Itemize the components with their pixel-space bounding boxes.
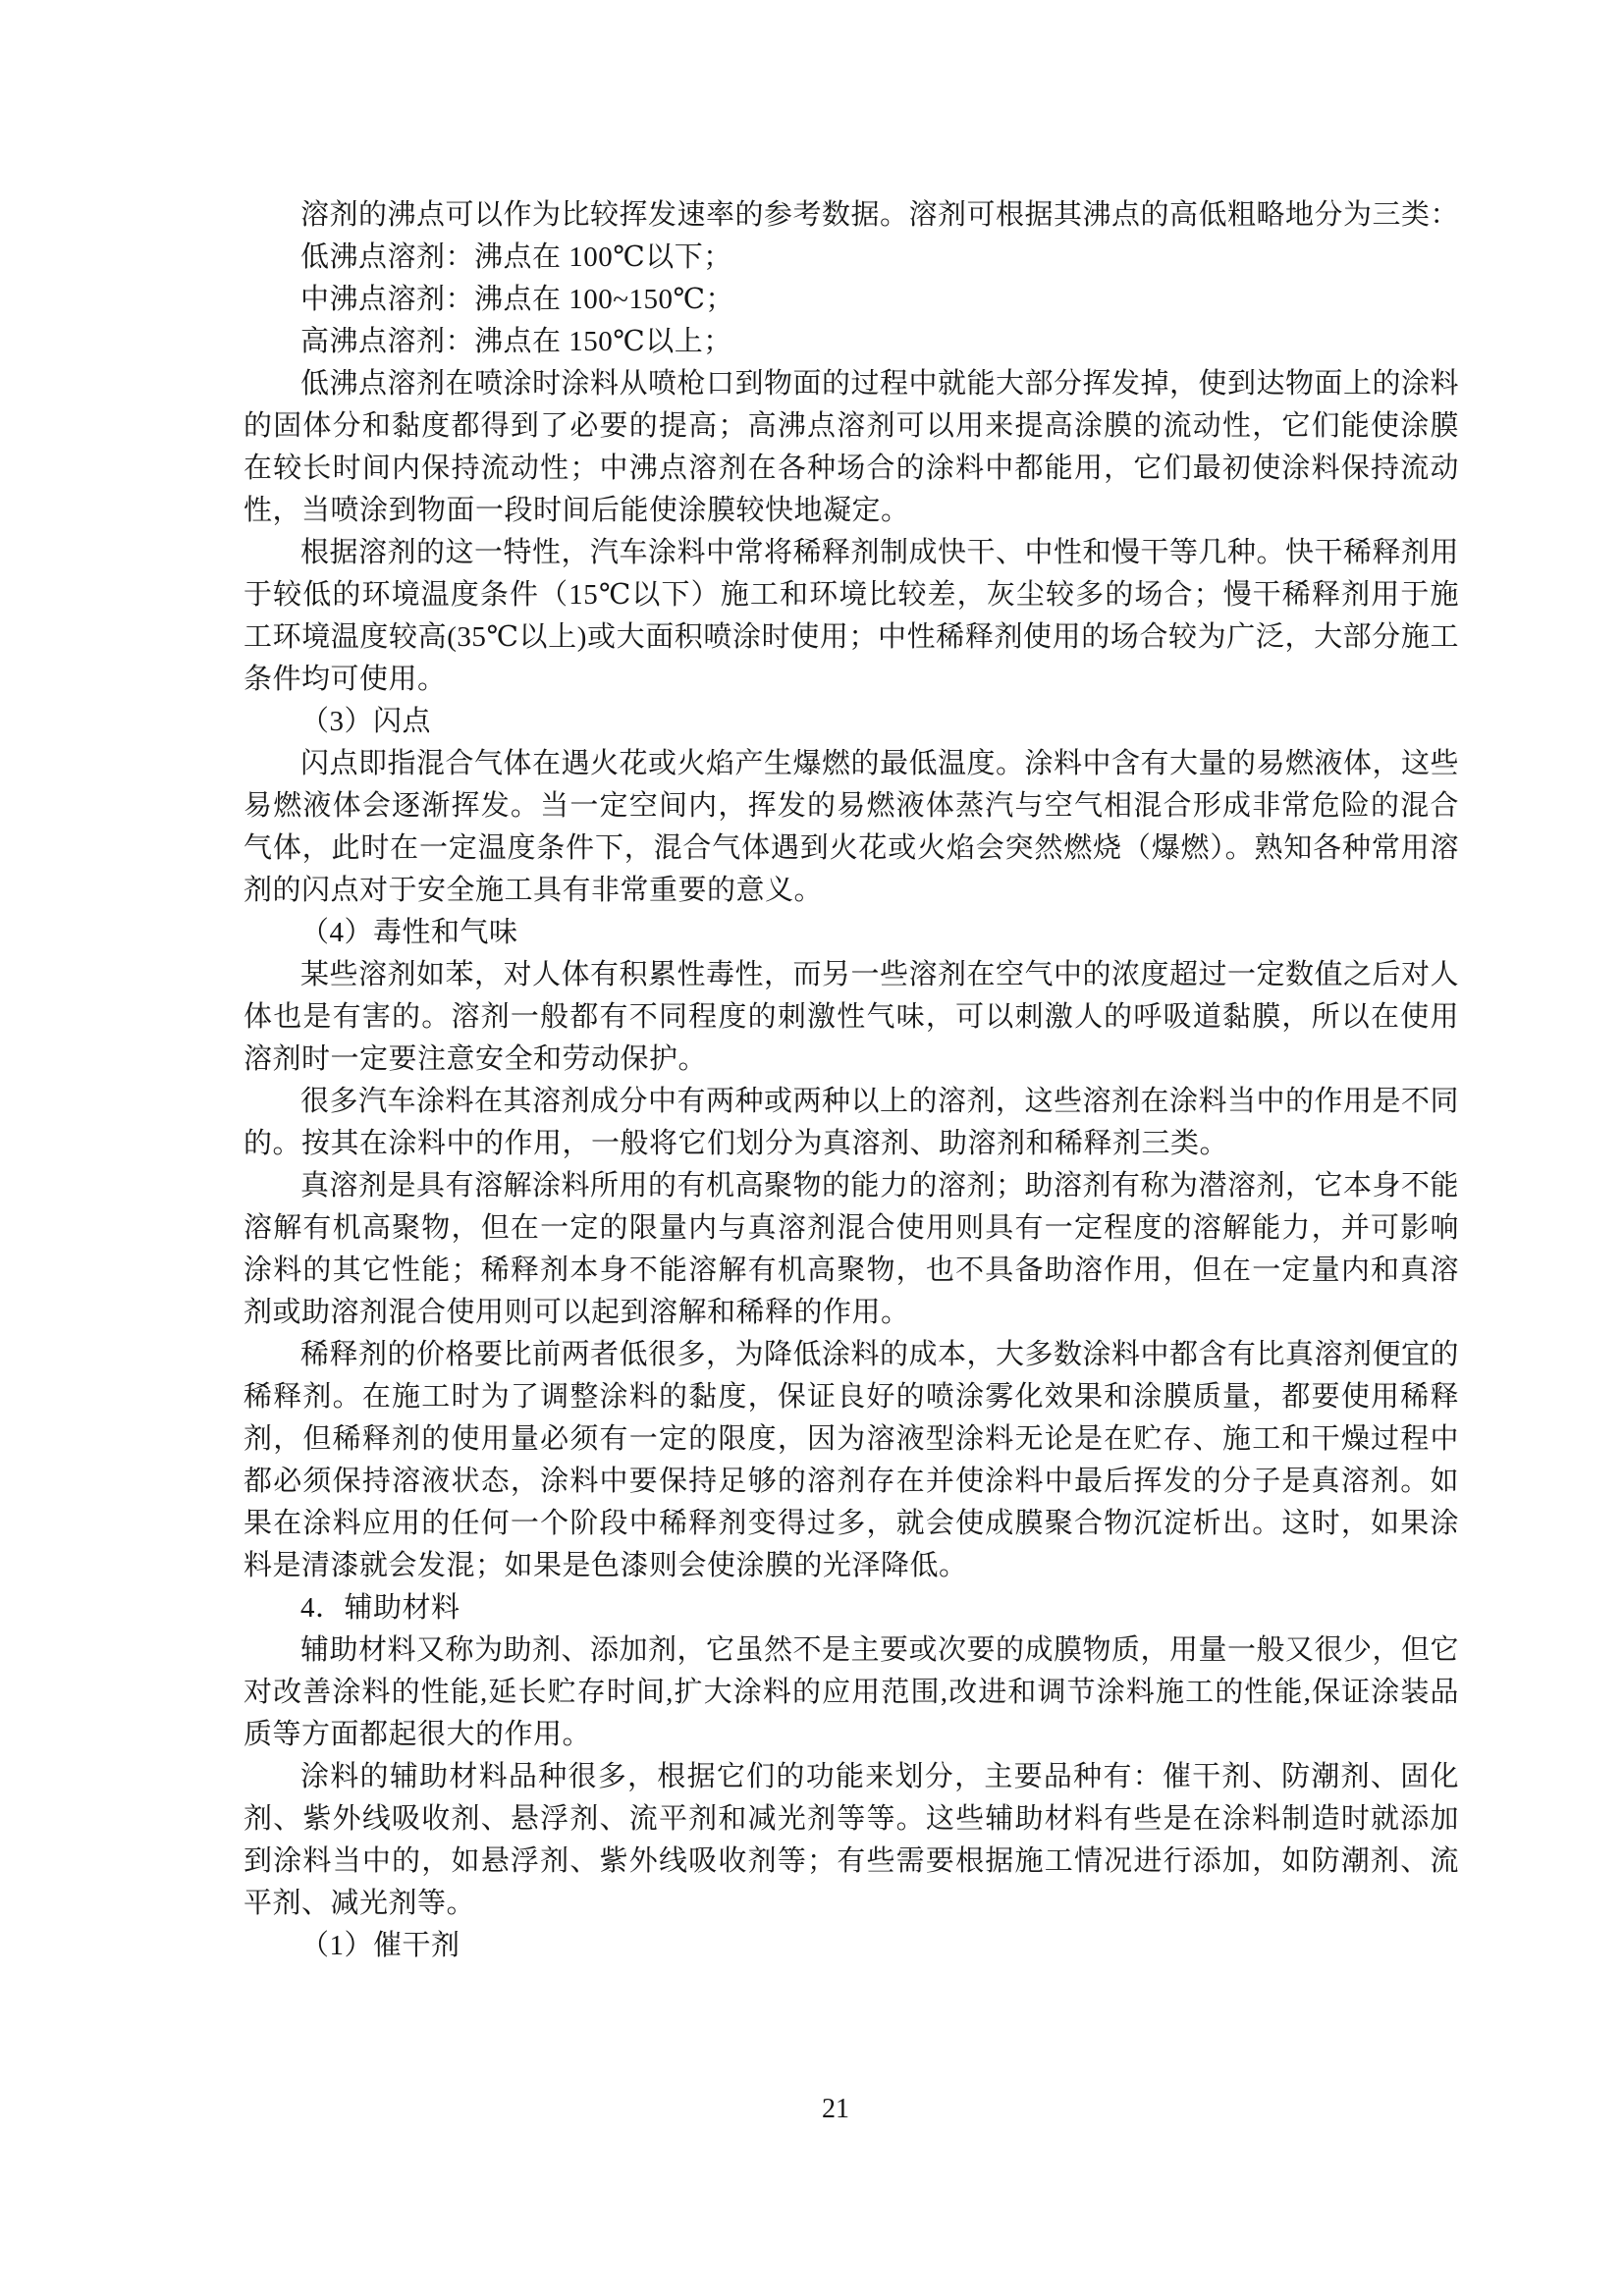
heading-flash-point: （3）闪点 — [244, 701, 1459, 743]
para-flash-point: 闪点即指混合气体在遇火花或火焰产生爆燃的最低温度。涂料中含有大量的易燃液体，这些… — [244, 743, 1459, 912]
document-body: 溶剂的沸点可以作为比较挥发速率的参考数据。溶剂可根据其沸点的高低粗略地分为三类：… — [244, 194, 1459, 1967]
para-boiling-point-intro: 溶剂的沸点可以作为比较挥发速率的参考数据。溶剂可根据其沸点的高低粗略地分为三类： — [244, 194, 1459, 237]
heading-auxiliary-materials: 4．辅助材料 — [244, 1587, 1459, 1629]
heading-toxicity-odor: （4）毒性和气味 — [244, 912, 1459, 954]
item-mid-boiling-solvent: 中沸点溶剂：沸点在 100~150℃； — [244, 279, 1459, 321]
item-high-boiling-solvent: 高沸点溶剂：沸点在 150℃以上； — [244, 321, 1459, 363]
para-auxiliary-varieties: 涂料的辅助材料品种很多，根据它们的功能来划分，主要品种有：催干剂、防潮剂、固化剂… — [244, 1756, 1459, 1925]
para-thinner-price: 稀释剂的价格要比前两者低很多，为降低涂料的成本，大多数涂料中都含有比真溶剂便宜的… — [244, 1334, 1459, 1587]
heading-drier: （1）催干剂 — [244, 1925, 1459, 1967]
para-thinner-types: 根据溶剂的这一特性，汽车涂料中常将稀释剂制成快干、中性和慢干等几种。快干稀释剂用… — [244, 532, 1459, 701]
para-true-and-co-solvents: 真溶剂是具有溶解涂料所用的有机高聚物的能力的溶剂；助溶剂有称为潜溶剂，它本身不能… — [244, 1165, 1459, 1334]
para-toxicity: 某些溶剂如苯，对人体有积累性毒性，而另一些溶剂在空气中的浓度超过一定数值之后对人… — [244, 954, 1459, 1081]
document-page: 溶剂的沸点可以作为比较挥发速率的参考数据。溶剂可根据其沸点的高低粗略地分为三类：… — [0, 0, 1624, 2296]
page-number: 21 — [47, 2093, 1624, 2126]
item-low-boiling-solvent: 低沸点溶剂：沸点在 100℃以下； — [244, 237, 1459, 279]
para-boiling-behavior: 低沸点溶剂在喷涂时涂料从喷枪口到物面的过程中就能大部分挥发掉，使到达物面上的涂料… — [244, 363, 1459, 532]
para-auxiliary-intro: 辅助材料又称为助剂、添加剂，它虽然不是主要或次要的成膜物质，用量一般又很少，但它… — [244, 1629, 1459, 1756]
para-solvent-roles-intro: 很多汽车涂料在其溶剂成分中有两种或两种以上的溶剂，这些溶剂在涂料当中的作用是不同… — [244, 1081, 1459, 1165]
